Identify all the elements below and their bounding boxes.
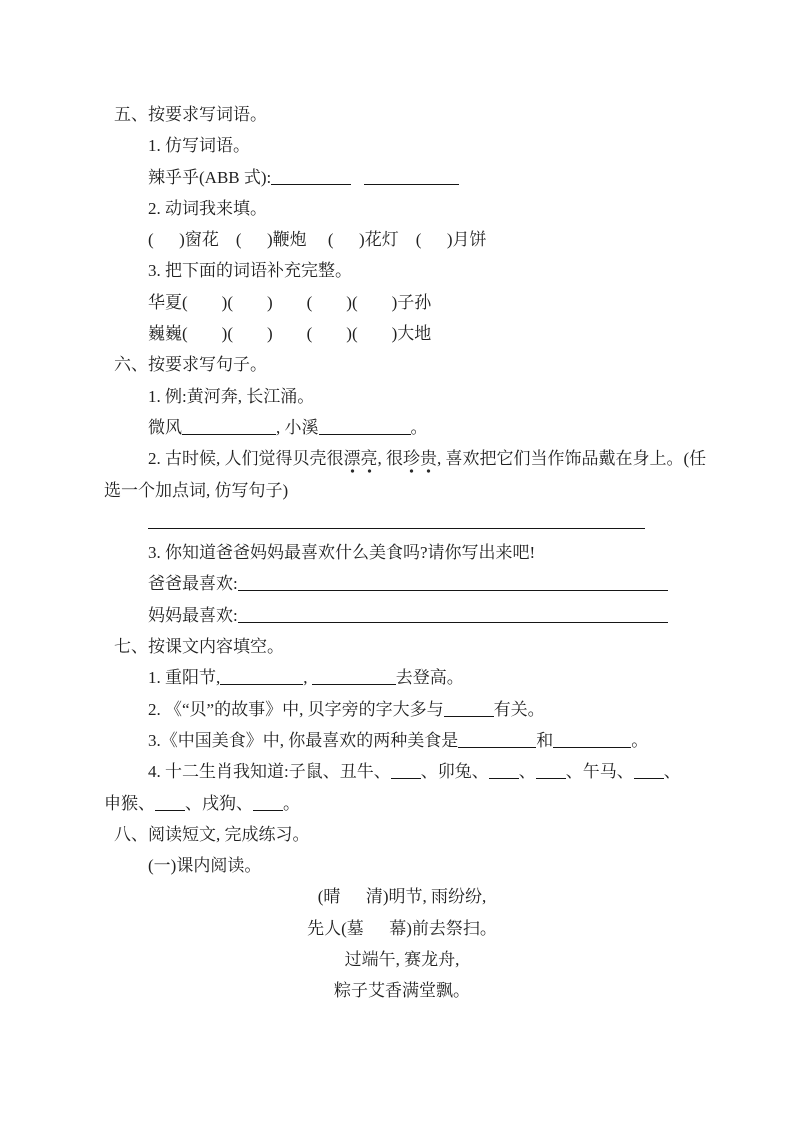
worksheet-line: 2. 动词我来填。 [104, 193, 700, 224]
text-run: 、卯兔、 [421, 762, 489, 781]
text-run: 去登高。 [396, 668, 464, 687]
worksheet-line: 微风, 小溪。 [104, 412, 700, 443]
text-run: 。 [283, 794, 300, 813]
text-run: 和 [536, 731, 553, 750]
worksheet-line: (一)课内阅读。 [104, 850, 700, 881]
text-run: 1. 例:黄河奔, 长江涌。 [148, 387, 314, 406]
answer-blank [238, 608, 668, 623]
worksheet-line: (晴 清)明节, 雨纷纷, [104, 881, 700, 912]
worksheet-line: 粽子艾香满堂飘。 [104, 975, 700, 1006]
emphasized-text: 珍贵 [403, 449, 437, 474]
answer-blank [458, 733, 536, 748]
answer-blank [148, 514, 645, 529]
worksheet-line: 过端午, 赛龙舟, [104, 944, 700, 975]
worksheet-line: 爸爸最喜欢: [104, 568, 700, 599]
text-run: 八、阅读短文, 完成练习。 [114, 825, 310, 844]
worksheet-line: 六、按要求写句子。 [104, 349, 700, 380]
answer-blank [364, 170, 459, 185]
answer-blank [444, 702, 494, 717]
text-run: 、 [664, 762, 681, 781]
worksheet-line: 巍巍( )( ) ( )( )大地 [104, 318, 700, 349]
text-run: 。 [631, 731, 648, 750]
answer-blank [271, 170, 351, 185]
text-run: 2. 《“贝”的故事》中, 贝字旁的字大多与 [148, 700, 444, 719]
answer-blank [391, 764, 421, 779]
text-run: 、戌狗、 [185, 794, 253, 813]
text-run: 3.《中国美食》中, 你最喜欢的两种美食是 [148, 731, 458, 750]
text-run: 、午马、 [566, 762, 634, 781]
text-run: , 喜欢把它们当作饰品戴在身上。(任 [437, 449, 706, 468]
worksheet-line: ( )窗花 ( )鞭炮 ( )花灯 ( )月饼 [104, 224, 700, 255]
answer-blank [634, 764, 664, 779]
answer-blank [238, 576, 668, 591]
answer-blank [155, 796, 185, 811]
answer-blank [182, 420, 276, 435]
answer-blank [319, 420, 411, 435]
text-run: 选一个加点词, 仿写句子) [104, 481, 288, 500]
text-run: 3. 你知道爸爸妈妈最喜欢什么美食吗?请你写出来吧! [148, 543, 535, 562]
text-run: 1. 仿写词语。 [148, 136, 250, 155]
emphasized-text: 漂亮 [344, 449, 378, 474]
worksheet-line: 1. 仿写词语。 [104, 130, 700, 161]
answer-blank [312, 670, 396, 685]
text-run: (一)课内阅读。 [148, 856, 261, 875]
text-run: 1. 重阳节, [148, 668, 220, 687]
worksheet-line [104, 506, 700, 537]
worksheet-line: 3. 你知道爸爸妈妈最喜欢什么美食吗?请你写出来吧! [104, 537, 700, 568]
text-run: 辣乎乎(ABB 式): [148, 168, 271, 187]
text-run: 、 [519, 762, 536, 781]
worksheet-line: 申猴、、戌狗、。 [104, 788, 700, 819]
text-run: 微风 [148, 418, 182, 437]
worksheet-line: 妈妈最喜欢: [104, 600, 700, 631]
text-run: , [303, 668, 312, 687]
worksheet-line: 1. 重阳节,, 去登高。 [104, 662, 700, 693]
text-run: 4. 十二生肖我知道:子鼠、丑牛、 [148, 762, 391, 781]
worksheet-line: 选一个加点词, 仿写句子) [104, 475, 700, 506]
text-run: 七、按课文内容填空。 [114, 637, 284, 656]
answer-blank [553, 733, 631, 748]
worksheet-line: 五、按要求写词语。 [104, 99, 700, 130]
text-run: 粽子艾香满堂飘。 [334, 981, 470, 1000]
text-run: 五、按要求写词语。 [114, 105, 267, 124]
text-run: 申猴、 [104, 794, 155, 813]
text-run: 有关。 [494, 700, 545, 719]
text-run: 过端午, 赛龙舟, [345, 950, 460, 969]
text-run: ( )窗花 ( )鞭炮 ( )花灯 ( )月饼 [148, 230, 487, 249]
text-run: 妈妈最喜欢: [148, 606, 238, 625]
text-run: , 很 [378, 449, 404, 468]
worksheet-line: 辣乎乎(ABB 式): [104, 162, 700, 193]
text-run: 巍巍( )( ) ( )( )大地 [148, 324, 431, 343]
worksheet-line: 3. 把下面的词语补充完整。 [104, 255, 700, 286]
text-run: 2. 动词我来填。 [148, 199, 267, 218]
text-run: , 小溪 [276, 418, 319, 437]
answer-blank [220, 670, 303, 685]
text-run: 。 [411, 418, 428, 437]
text-run: 爸爸最喜欢: [148, 574, 238, 593]
worksheet-line: 2. 《“贝”的故事》中, 贝字旁的字大多与有关。 [104, 694, 700, 725]
text-run [351, 168, 364, 187]
text-run: (晴 清)明节, 雨纷纷, [318, 887, 487, 906]
text-run: 3. 把下面的词语补充完整。 [148, 261, 352, 280]
text-run: 2. 古时候, 人们觉得贝壳很 [148, 449, 344, 468]
answer-blank [536, 764, 566, 779]
answer-blank [489, 764, 519, 779]
worksheet-line: 1. 例:黄河奔, 长江涌。 [104, 381, 700, 412]
text-run: 华夏( )( ) ( )( )子孙 [148, 293, 431, 312]
worksheet-line: 华夏( )( ) ( )( )子孙 [104, 287, 700, 318]
worksheet-line: 八、阅读短文, 完成练习。 [104, 819, 700, 850]
worksheet-line: 4. 十二生肖我知道:子鼠、丑牛、、卯兔、、、午马、、 [104, 756, 700, 787]
answer-blank [253, 796, 283, 811]
text-run: 六、按要求写句子。 [114, 355, 267, 374]
text-run: 先人(墓 幕)前去祭扫。 [307, 919, 497, 938]
worksheet-line: 七、按课文内容填空。 [104, 631, 700, 662]
worksheet-line: 先人(墓 幕)前去祭扫。 [104, 913, 700, 944]
worksheet-page: 五、按要求写词语。1. 仿写词语。辣乎乎(ABB 式): 2. 动词我来填。( … [0, 0, 793, 1122]
worksheet-line: 3.《中国美食》中, 你最喜欢的两种美食是和。 [104, 725, 700, 756]
worksheet-line: 2. 古时候, 人们觉得贝壳很漂亮, 很珍贵, 喜欢把它们当作饰品戴在身上。(任 [104, 443, 700, 474]
